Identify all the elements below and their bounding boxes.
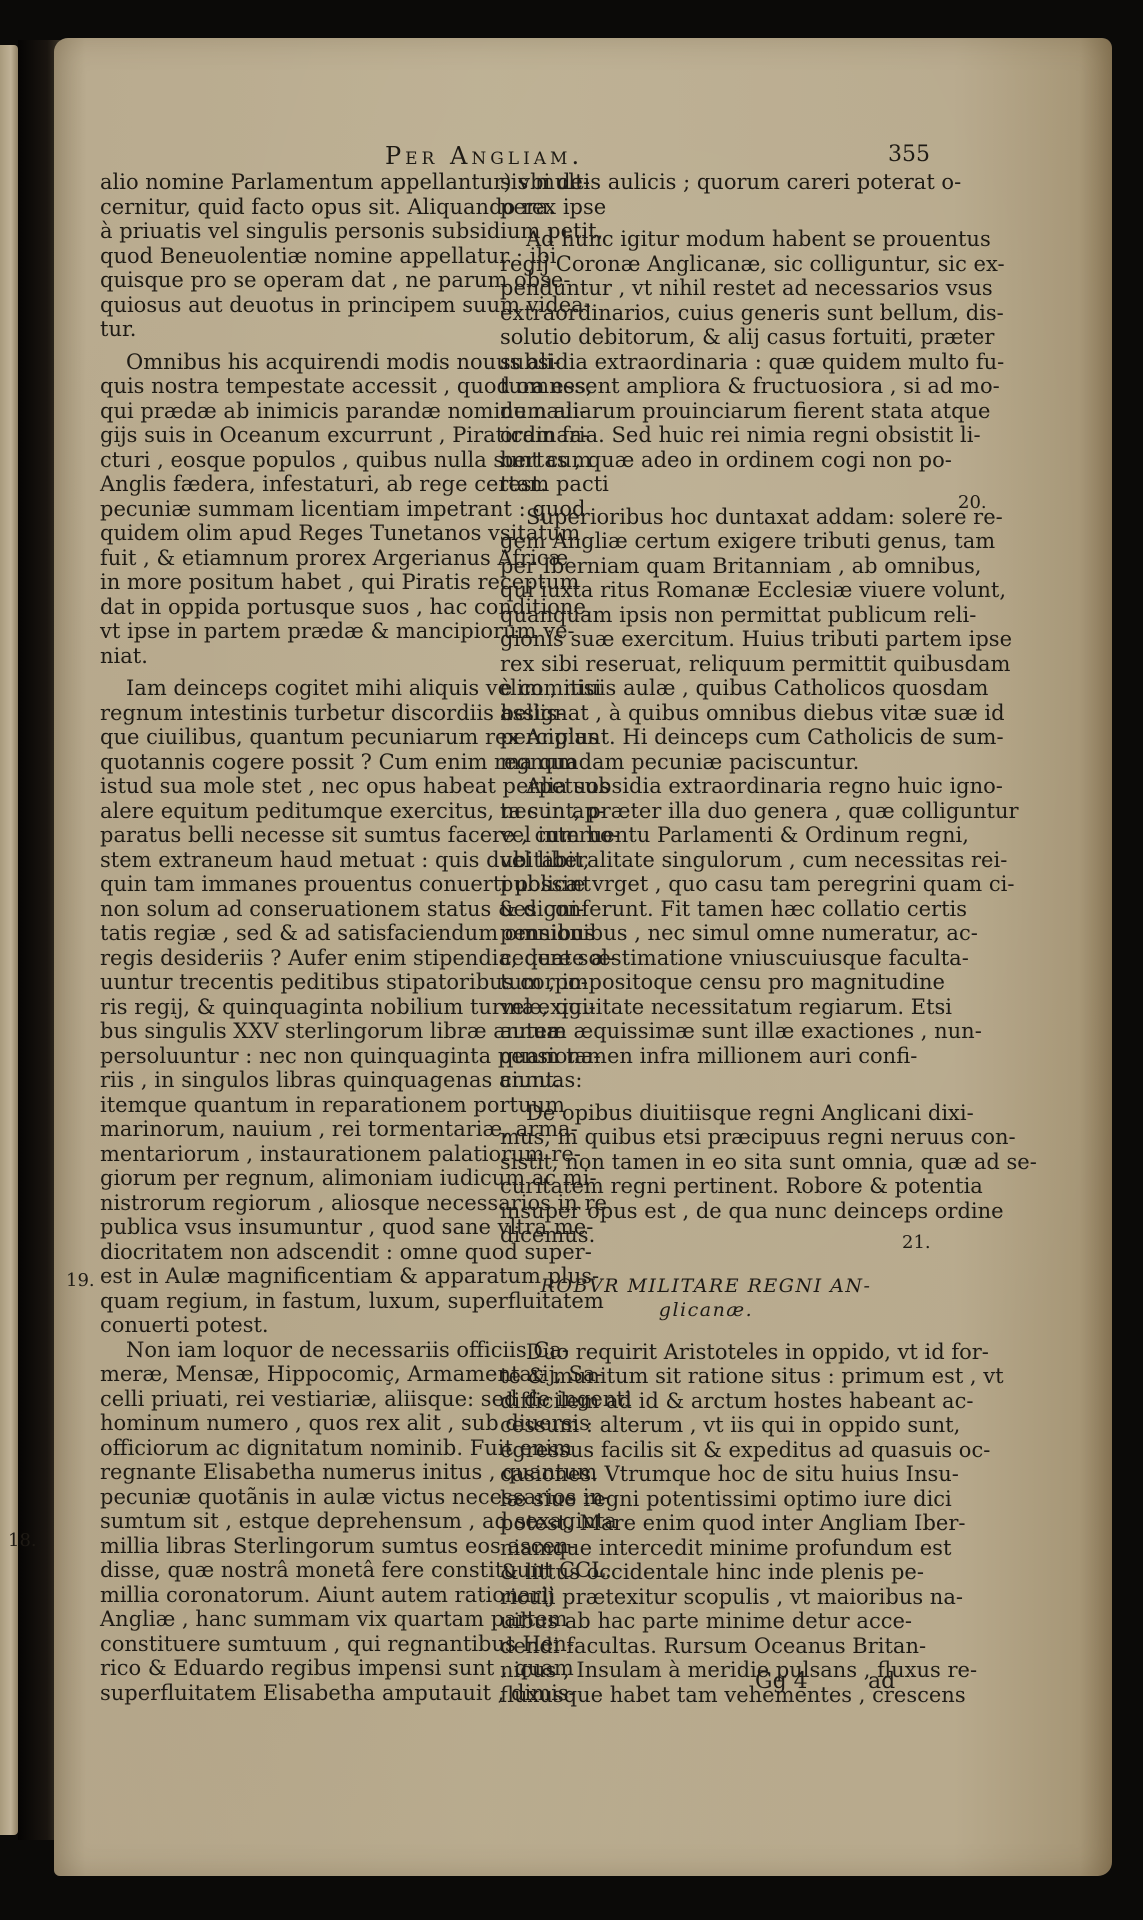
text-line: penduntur , vt nihil restet ad necessari… xyxy=(500,276,912,301)
text-line: à priuatis vel singulis personis subsidi… xyxy=(100,219,485,244)
text-line: quisque pro se operam dat , ne parum obs… xyxy=(100,268,485,293)
text-line: vt ipse in partem prædæ & mancipiorum ve… xyxy=(100,619,485,644)
section-heading-line2: glicanæ. xyxy=(500,1298,912,1322)
text-line: constituere sumtuum , qui regnantibus He… xyxy=(100,1632,485,1657)
paragraph-gap xyxy=(100,342,485,350)
text-line: pecuniæ summam licentiam impetrant : quo… xyxy=(100,497,485,522)
text-line: nistrorum regiorum , aliosque necessario… xyxy=(100,1191,485,1216)
text-line: ma quadam pecuniæ paciscuntur. xyxy=(500,750,912,775)
text-line: test. xyxy=(500,472,912,497)
text-line: dum aliarum prouinciarum fierent stata a… xyxy=(500,399,912,424)
text-line: non solum ad conseruationem status & dig… xyxy=(100,897,485,922)
text-line: hominum numero , quos rex alit , sub diu… xyxy=(100,1411,485,1436)
text-line: vel interuentu Parlamenti & Ordinum regn… xyxy=(500,823,912,848)
text-line: regis desideriis ? Aufer enim stipendia,… xyxy=(100,946,485,971)
text-line: alio nomine Parlamentum appellantur) vbi… xyxy=(100,170,485,195)
text-line: insuper opus est , de qua nunc deinceps … xyxy=(500,1199,912,1224)
text-line: millia coronatorum. Aiunt autem rationar… xyxy=(100,1583,485,1608)
text-line: superfluitatem Elisabetha amputauit , di… xyxy=(100,1681,485,1706)
text-line: pecuniæ quotãnis in aulæ victus necessar… xyxy=(100,1485,485,1510)
text-line: regnante Elisabetha numerus initus , qua… xyxy=(100,1460,485,1485)
text-line: dendi facultas. Rursum Oceanus Britan- xyxy=(500,1634,912,1659)
text-line: Angliæ , hanc summam vix quartam partem xyxy=(100,1607,485,1632)
text-line: riculi prætexitur scopulis , vt maioribu… xyxy=(500,1585,912,1610)
text-line: quam tamen infra millionem auri confi- xyxy=(500,1044,912,1069)
section-gap xyxy=(500,1248,912,1274)
text-line: fuit , & etiamnum prorex Argerianus Afri… xyxy=(100,546,485,571)
section-gap xyxy=(500,1322,912,1340)
text-line: & littus occidentale hinc inde plenis pe… xyxy=(500,1560,912,1585)
text-line: Non iam loquor de necessariis officiis C… xyxy=(100,1338,485,1363)
text-line: regnum intestinis turbetur discordiis be… xyxy=(100,701,485,726)
text-line: tum , impositoque censu pro magnitudine xyxy=(500,970,912,995)
text-line: tatis regiæ , sed & ad satisfaciendum om… xyxy=(100,921,485,946)
text-line: sistit, non tamen in eo sita sunt omnia,… xyxy=(500,1150,912,1175)
text-line: Omnibus his acquirendi modis nouus ali- xyxy=(100,350,485,375)
text-line: sis multis aulicis ; quorum careri poter… xyxy=(500,170,912,195)
catchword: ad xyxy=(868,1669,895,1694)
text-line: ris regij, & quinquaginta nobilium turmæ… xyxy=(100,995,485,1020)
text-line: Iam deinceps cogitet mihi aliquis velim … xyxy=(100,676,485,701)
text-line: vel exiguitate necessitatum regiarum. Et… xyxy=(500,995,912,1020)
left-column: alio nomine Parlamentum appellantur) vbi… xyxy=(100,170,485,1705)
text-line: uibus ab hac parte minime detur acce- xyxy=(500,1609,912,1634)
paragraph-gap xyxy=(100,668,485,676)
text-line: difficilem ad id & arctum hostes habeant… xyxy=(500,1389,912,1414)
text-line: stem extraneum haud metuat : quis dubita… xyxy=(100,848,485,873)
text-line: quod Beneuolentiæ nomine appellatur : ib… xyxy=(100,244,485,269)
text-line: ta sunt, præter illa duo genera , quæ co… xyxy=(500,799,912,824)
text-line: potest. Mare enim quod inter Angliam Ibe… xyxy=(500,1511,912,1536)
text-line: percipiant. Hi deinceps cum Catholicis d… xyxy=(500,725,912,750)
text-line: Anglis fædera, infestaturi, ab rege cert… xyxy=(100,472,485,497)
text-line: qui prædæ ab inimicis parandæ nomine nau… xyxy=(100,399,485,424)
margin-note-18: 18. xyxy=(8,1530,37,1551)
text-line: quotannis cogere possit ? Cum enim regnu… xyxy=(100,750,485,775)
text-line: in more positum habet , qui Piratis rece… xyxy=(100,570,485,595)
text-line: solutio debitorum, & alij casus fortuiti… xyxy=(500,325,912,350)
text-line: dat in oppida portusque suos , hac condi… xyxy=(100,595,485,620)
text-line: istud sua mole stet , nec opus habeat pe… xyxy=(100,774,485,799)
text-line: mus, in quibus etsi præcipuus regni neru… xyxy=(500,1125,912,1150)
text-line: cessum : alterum , vt iis qui in oppido … xyxy=(500,1413,912,1438)
text-line: assignat , à quibus omnibus diebus vitæ … xyxy=(500,701,912,726)
section-heading-line1: ROBVR MILITARE REGNI AN- xyxy=(500,1274,912,1298)
text-line: ciunt. xyxy=(500,1068,912,1093)
text-line: tur. xyxy=(100,317,485,342)
signature-mark: Gg 4 xyxy=(755,1669,808,1694)
text-line: Alia subsidia extraordinaria regno huic … xyxy=(500,774,912,799)
text-line: est in Aulæ magnificentiam & apparatum p… xyxy=(100,1264,485,1289)
text-line: quidem olim apud Reges Tunetanos vsitatu… xyxy=(100,521,485,546)
text-line: autem æquissimæ sunt illæ exactiones , n… xyxy=(500,1019,912,1044)
text-line: alere equitum peditumque exercitus, nec … xyxy=(100,799,485,824)
text-line: ordinaria. Sed huic rei nimia regni obsi… xyxy=(500,423,912,448)
margin-note-21: 21. xyxy=(902,1232,931,1253)
text-line: millia libras Sterlingorum sumtus eos as… xyxy=(100,1534,485,1559)
text-line: conuerti potest. xyxy=(100,1313,485,1338)
text-line: niamque intercedit minime profundum est xyxy=(500,1536,912,1561)
text-line: gijs suis in Oceanum excurrunt , Piratic… xyxy=(100,423,485,448)
section-heading: ROBVR MILITARE REGNI AN-glicanæ. xyxy=(500,1274,912,1322)
text-line: persoluuntur : nec non quinquaginta pens… xyxy=(100,1044,485,1069)
text-line: casiones. Vtrumque hoc de situ huius Ins… xyxy=(500,1462,912,1487)
margin-note-20: 20. xyxy=(958,492,987,513)
text-line: Ad hunc igitur modum habent se prouentus xyxy=(500,227,912,252)
page-number: 355 xyxy=(888,142,930,167)
text-line: gionis suæ exercitum. Huius tributi part… xyxy=(500,627,912,652)
margin-note-19: 19. xyxy=(66,1270,95,1291)
text-line: rex sibi reseruat, reliquum permittit qu… xyxy=(500,652,912,677)
text-line: bus singulis XXV sterlingorum libræ annu… xyxy=(100,1019,485,1044)
text-line: nicus , Insulam à meridie pulsans , flux… xyxy=(500,1658,912,1683)
text-line: egressus facilis sit & expeditus ad quas… xyxy=(500,1438,912,1463)
paragraph-gap xyxy=(500,1093,912,1101)
text-line: marinorum, nauium , rei tormentariæ, arm… xyxy=(100,1117,485,1142)
text-line: tura essent ampliora & fructuosiora , si… xyxy=(500,374,912,399)
text-line: pera. xyxy=(500,195,912,220)
text-line: giorum per regnum, alimoniam iudicum ac … xyxy=(100,1166,485,1191)
text-line: paratus belli necesse sit sumtus facere … xyxy=(100,823,485,848)
text-line: cernitur, quid facto opus sit. Aliquando… xyxy=(100,195,485,220)
text-line: disse, quæ nostrâ monetâ fere constituun… xyxy=(100,1558,485,1583)
text-line: niat. xyxy=(100,644,485,669)
paragraph-gap xyxy=(500,219,912,227)
text-line: fluxusque habet tam vehementes , crescen… xyxy=(500,1683,912,1708)
text-line: qui iuxta ritus Romanæ Ecclesiæ viuere v… xyxy=(500,578,912,603)
text-line: mentariorum , instaurationem palatiorum … xyxy=(100,1142,485,1167)
text-line: gem Angliæ certum exigere tributi genus,… xyxy=(500,529,912,554)
text-line: quam regium, in fastum, luxum, superflui… xyxy=(100,1289,485,1314)
text-line: quin tam immanes prouentus conuerti poss… xyxy=(100,872,485,897)
text-line: cturi , eosque populos , quibus nulla su… xyxy=(100,448,485,473)
text-line: per Iberniam quam Britanniam , ab omnibu… xyxy=(500,554,912,579)
text-line: extraordinarios, cuius generis sunt bell… xyxy=(500,301,912,326)
text-line: bertas , quæ adeo in ordinem cogi non po… xyxy=(500,448,912,473)
text-line: quiosus aut deuotus in principem suum vi… xyxy=(100,293,485,318)
text-line: regij Coronæ Anglicanæ, sic colliguntur,… xyxy=(500,252,912,277)
text-line: celli priuati, rei vestiariæ, aliisque: … xyxy=(100,1387,485,1412)
previous-page-edge xyxy=(0,45,18,1835)
text-line: publica vsus insumuntur , quod sane vltr… xyxy=(100,1215,485,1240)
text-line: è comitiuis aulæ , quibus Catholicos quo… xyxy=(500,676,912,701)
text-line: læ siue regni potentissimi optimo iure d… xyxy=(500,1487,912,1512)
text-line: uuntur trecentis peditibus stipatoribus … xyxy=(100,970,485,995)
text-line: quis nostra tempestate accessit , quod o… xyxy=(100,374,485,399)
text-line: ues conferunt. Fit tamen hæc collatio ce… xyxy=(500,897,912,922)
text-line: subsidia extraordinaria : quæ quidem mul… xyxy=(500,350,912,375)
text-line: sumtum sit , estque deprehensum , ad sex… xyxy=(100,1509,485,1534)
text-line: Superioribus hoc duntaxat addam: solere … xyxy=(500,505,912,530)
text-line: officiorum ac dignitatum nominib. Fuit e… xyxy=(100,1436,485,1461)
text-line: dicemus. xyxy=(500,1223,912,1248)
running-head: Per Angliam. xyxy=(385,142,583,170)
paragraph-gap xyxy=(500,497,912,505)
text-line: riis , in singulos libras quinquagenas a… xyxy=(100,1068,485,1093)
text-line: te & munitum sit ratione situs : primum … xyxy=(500,1364,912,1389)
text-line: meræ, Mensæ, Hippocomiç, Armamentarij, S… xyxy=(100,1362,485,1387)
text-line: que ciuilibus, quantum pecuniarum rex An… xyxy=(100,725,485,750)
text-line: De opibus diuitiisque regni Anglicani di… xyxy=(500,1101,912,1126)
right-column: sis multis aulicis ; quorum careri poter… xyxy=(500,170,912,1707)
text-line: rico & Eduardo regibus impensi sunt , qu… xyxy=(100,1656,485,1681)
text-line: Duo requirit Aristoteles in oppido, vt i… xyxy=(500,1340,912,1365)
text-line: curitatem regni pertinent. Robore & pote… xyxy=(500,1174,912,1199)
text-line: pensionibus , nec simul omne numeratur, … xyxy=(500,921,912,946)
text-line: diocritatem non adscendit : omne quod su… xyxy=(100,1240,485,1265)
text-line: publicæ vrget , quo casu tam peregrini q… xyxy=(500,872,912,897)
text-line: vel liberalitate singulorum , cum necess… xyxy=(500,848,912,873)
text-line: itemque quantum in reparationem portuum xyxy=(100,1093,485,1118)
text-line: quanquam ipsis non permittat publicum re… xyxy=(500,603,912,628)
text-line: cedente æstimatione vniuscuiusque facult… xyxy=(500,946,912,971)
